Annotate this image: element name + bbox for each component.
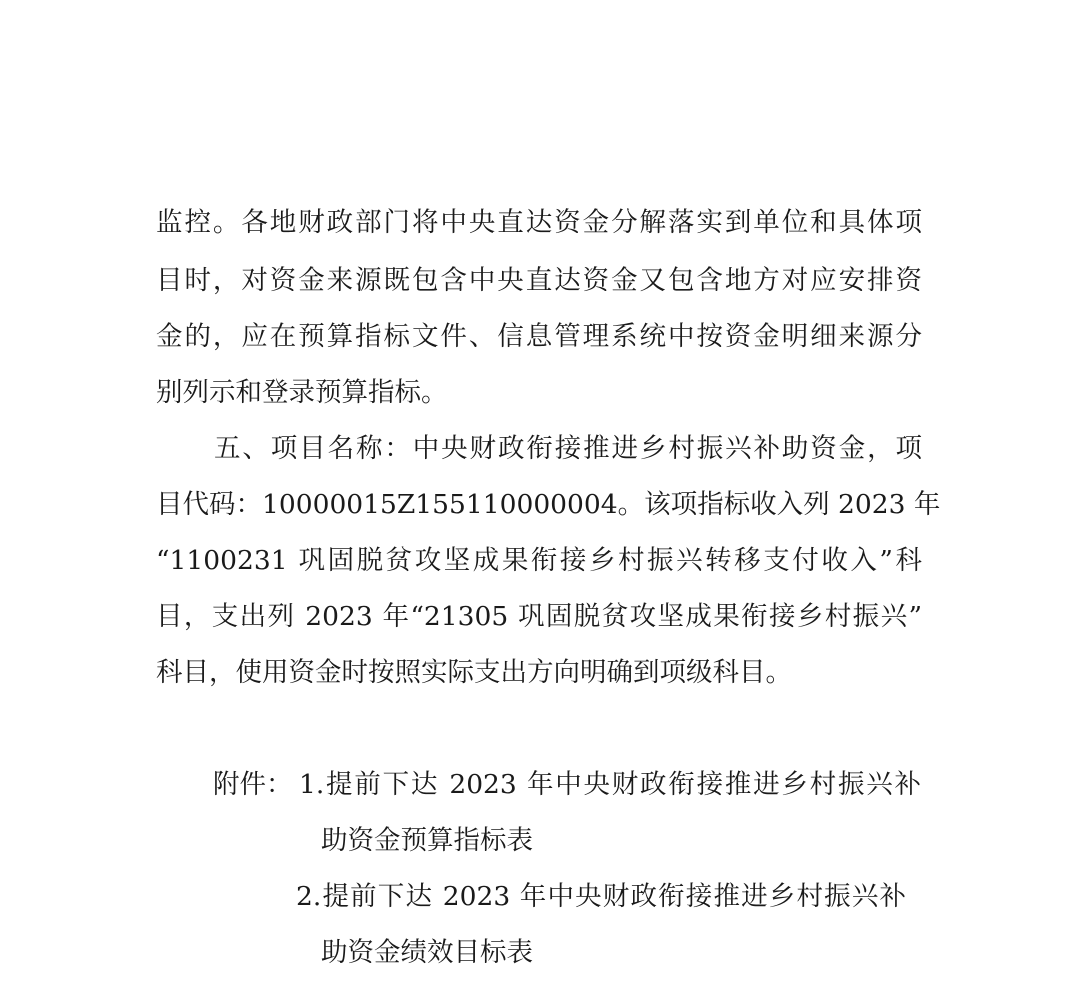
text-line: 目，支出列 2023 年“21305 巩固脱贫攻坚成果衔接乡村振兴” bbox=[156, 600, 922, 634]
attachment-title-line: 助资金绩效目标表 bbox=[321, 936, 533, 970]
text-line: 目代码：10000015Z155110000004。该项指标收入列 2023 年 bbox=[156, 488, 922, 522]
text-line: 金的，应在预算指标文件、信息管理系统中按资金明细来源分 bbox=[156, 320, 922, 354]
text-line: 监控。各地财政部门将中央直达资金分解落实到单位和具体项 bbox=[156, 206, 922, 240]
document-page: 监控。各地财政部门将中央直达资金分解落实到单位和具体项 目时，对资金来源既包含中… bbox=[0, 0, 1074, 1004]
text-line: 目时，对资金来源既包含中央直达资金又包含地方对应安排资 bbox=[156, 264, 922, 298]
text-line: 科目，使用资金时按照实际支出方向明确到项级科目。 bbox=[156, 656, 922, 690]
section-heading-line: 五、项目名称：中央财政衔接推进乡村振兴补助资金，项 bbox=[214, 432, 922, 466]
attachment-title-line: 助资金预算指标表 bbox=[321, 824, 533, 858]
attachments-label: 附件： bbox=[213, 768, 293, 802]
attachment-title-line: 2.提前下达 2023 年中央财政衔接推进乡村振兴补 bbox=[296, 880, 906, 914]
text-line: 别列示和登录预算指标。 bbox=[156, 376, 922, 410]
attachment-title-line: 1.提前下达 2023 年中央财政衔接推进乡村振兴补 bbox=[299, 768, 921, 802]
text-line: “1100231 巩固脱贫攻坚成果衔接乡村振兴转移支付收入”科 bbox=[156, 544, 922, 578]
